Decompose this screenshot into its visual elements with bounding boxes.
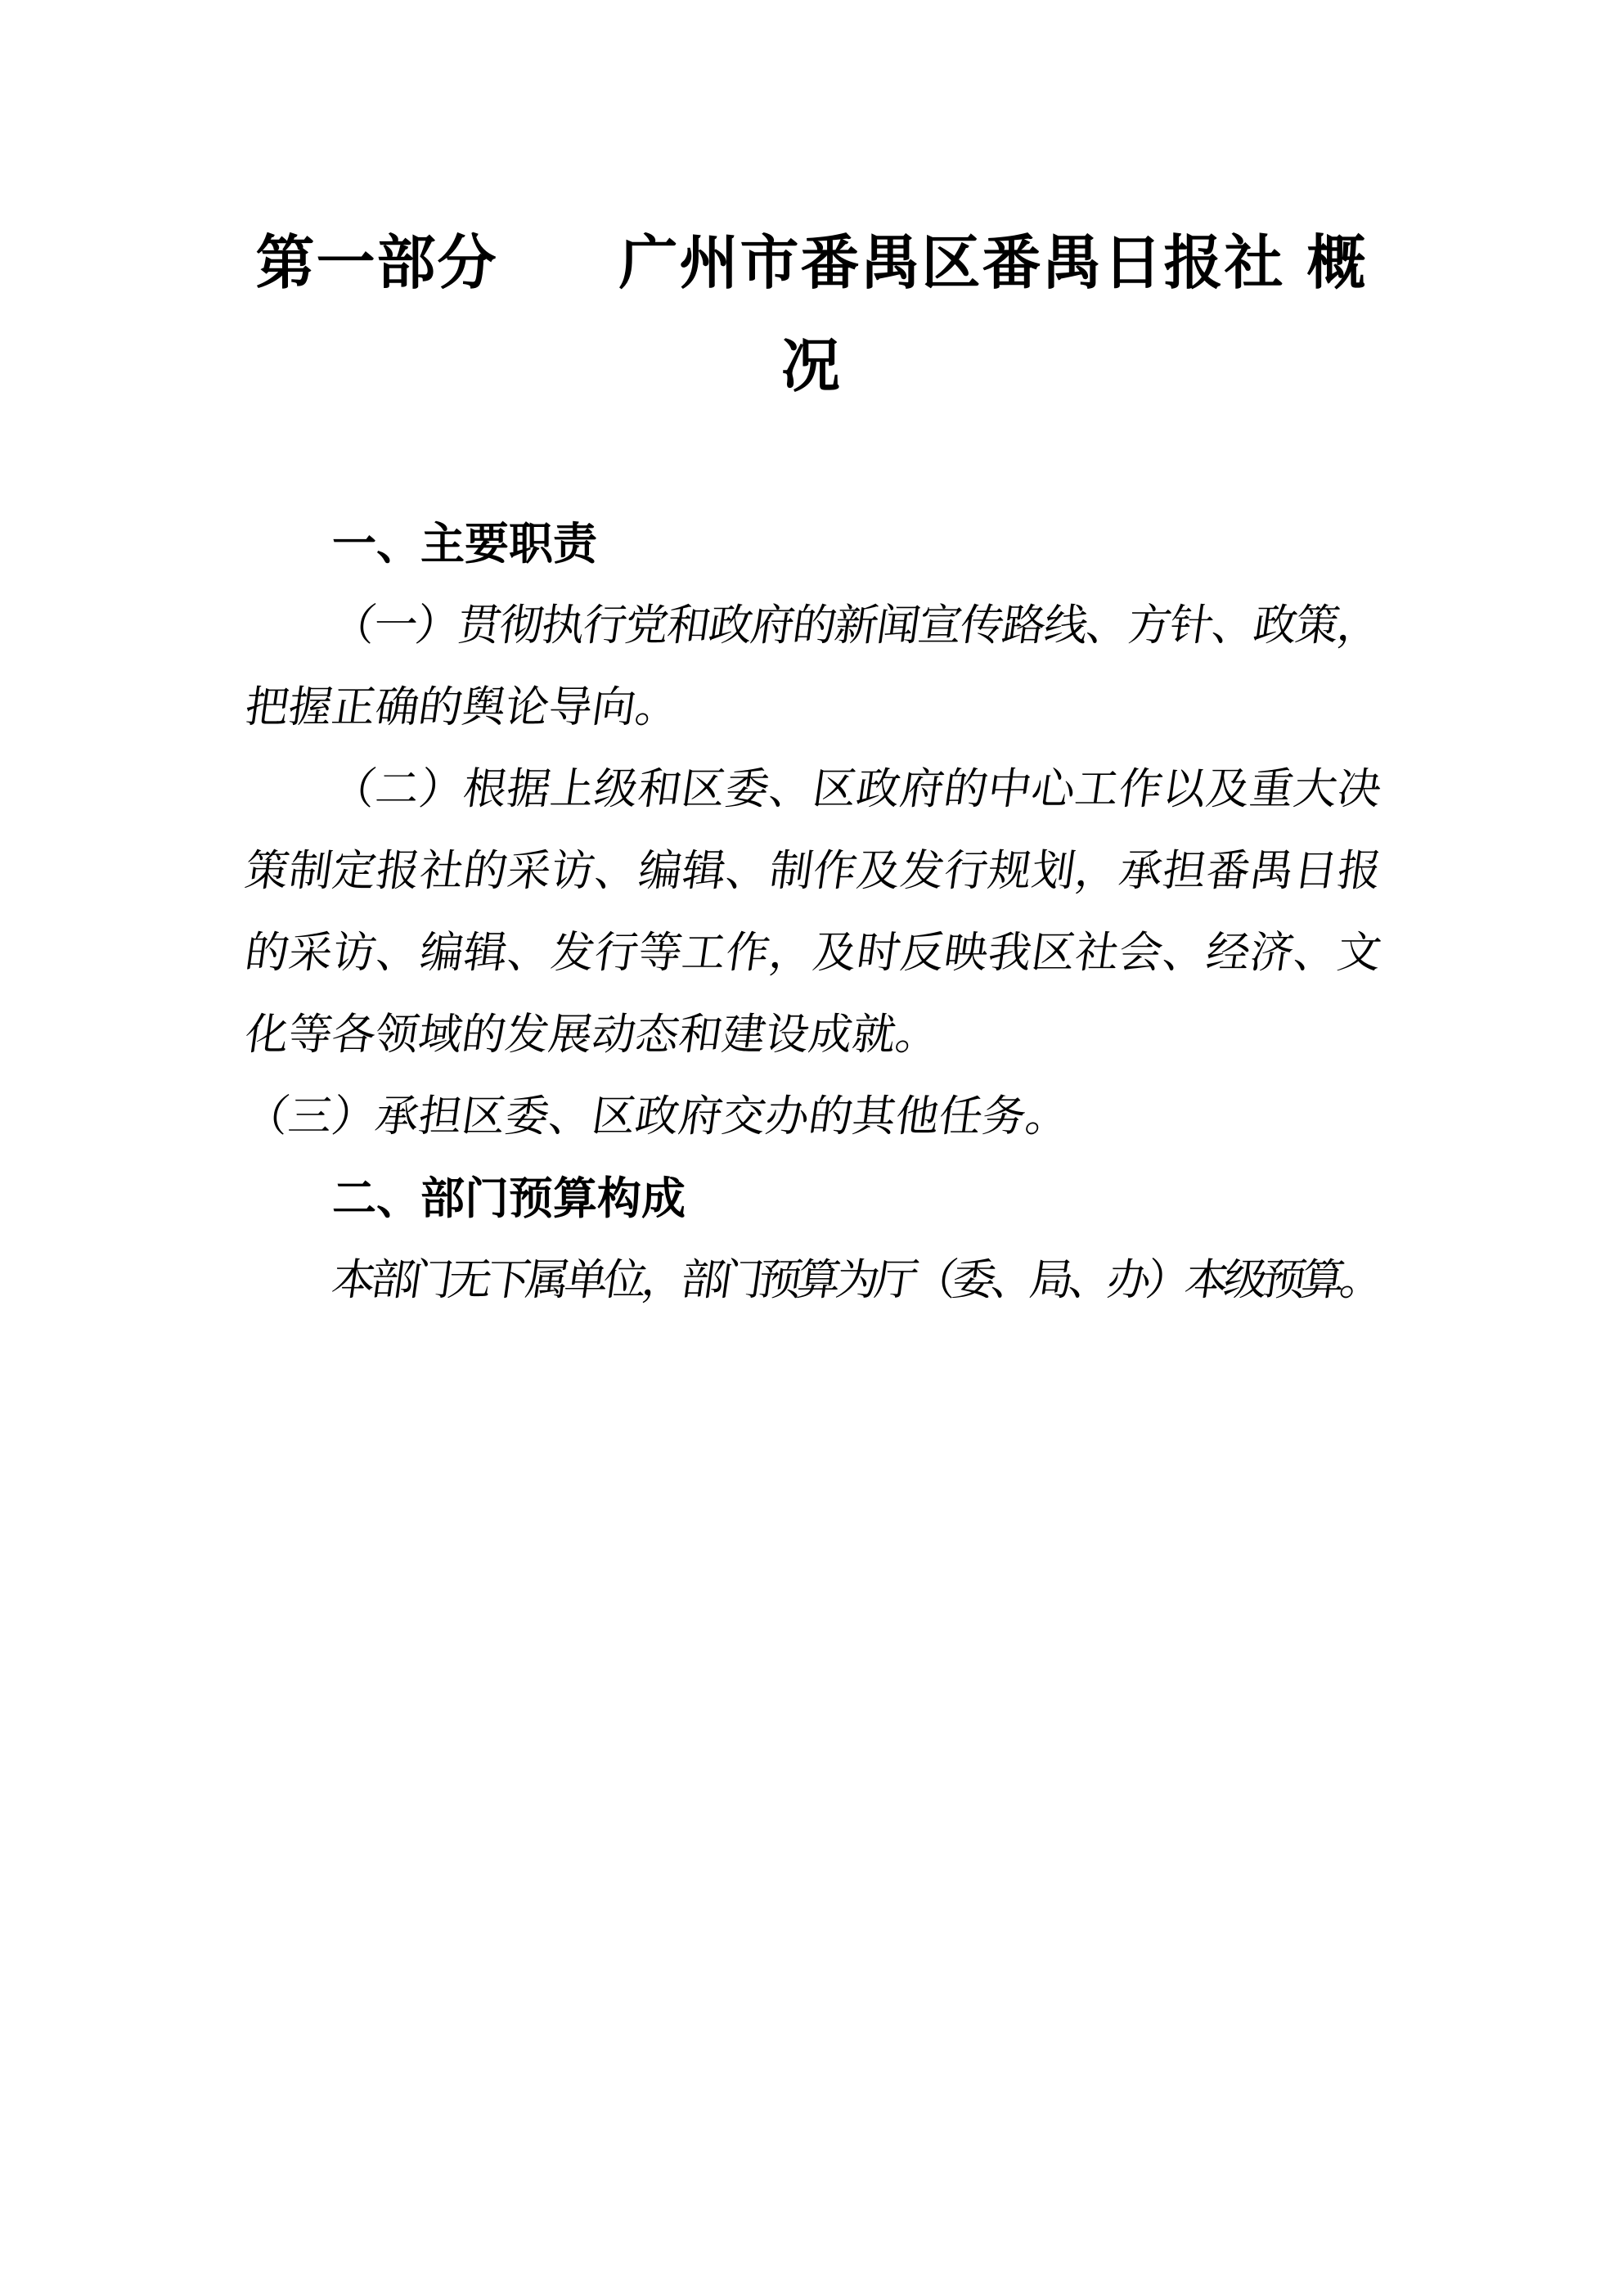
- page-title: 第一部分 广州市番禺区番禺日报社 概 况: [245, 211, 1378, 417]
- paragraph-line: 策制定报社的采访、编辑、制作及发行规划，承担番禺日报: [240, 831, 1383, 912]
- paragraph-line: 化等各领域的发展动态和建设成就。: [240, 994, 1383, 1076]
- paragraph-line: 的采访、编辑、发行等工作，及时反映我区社会、经济、文: [240, 912, 1383, 994]
- paragraph-line: 把握正确的舆论导向。: [240, 667, 1383, 749]
- document-body: 一、主要职责 （一）贯彻执行党和政府的新闻宣传路线、方针、政策， 把握正确的舆论…: [245, 503, 1378, 1321]
- page-title-line-2: 况: [245, 314, 1378, 417]
- paragraph-line: （一）贯彻执行党和政府的新闻宣传路线、方针、政策，: [240, 585, 1383, 667]
- paragraph-line: （二）根据上级和区委、区政府的中心工作以及重大决: [240, 749, 1383, 831]
- paragraph-line: 本部门无下属单位，部门预算为厅（委、局、办）本级预算。: [240, 1240, 1383, 1321]
- section-heading-main-duties: 一、主要职责: [245, 503, 1378, 585]
- paragraph-line: （三）承担区委、区政府交办的其他任务。: [240, 1076, 1383, 1158]
- section-heading-budget-composition: 二、部门预算构成: [245, 1158, 1378, 1240]
- document-page: 第一部分 广州市番禺区番禺日报社 概 况 一、主要职责 （一）贯彻执行党和政府的…: [0, 0, 1623, 2296]
- page-title-line-1: 第一部分 广州市番禺区番禺日报社 概: [245, 211, 1378, 314]
